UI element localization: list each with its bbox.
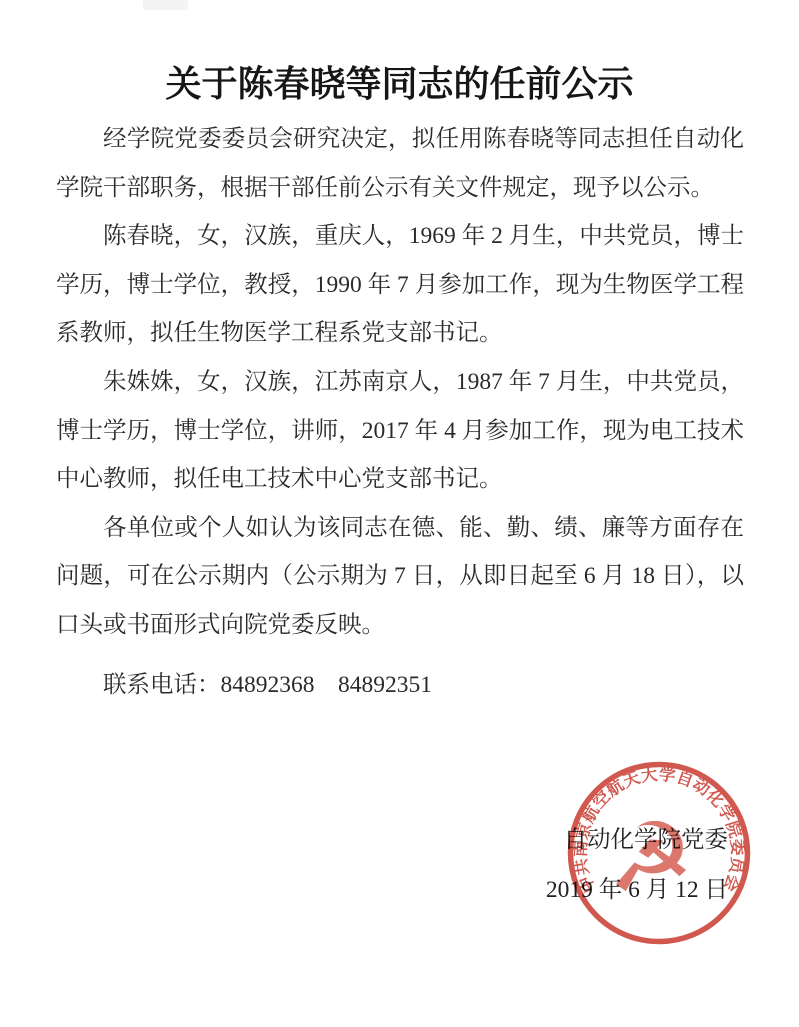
body-paragraph: 经学院党委委员会研究决定，拟任用陈春晓等同志担任自动化学院干部职务，根据干部任前…: [56, 115, 744, 212]
scan-artifact: [143, 0, 188, 10]
document-title: 关于陈春晓等同志的任前公示: [0, 60, 799, 108]
body-paragraph: 陈春晓，女，汉族，重庆人，1969 年 2 月生，中共党员，博士学历，博士学位，…: [56, 212, 744, 358]
official-seal: ☭ 中共南京航空航天大学自动化学院委员会: [557, 751, 761, 955]
contact-phone-line: 联系电话：84892368 84892351: [56, 661, 744, 710]
document-page: 关于陈春晓等同志的任前公示 经学院党委委员会研究决定，拟任用陈春晓等同志担任自动…: [0, 0, 799, 1027]
body-paragraph: 各单位或个人如认为该同志在德、能、勤、绩、廉等方面存在问题，可在公示期内（公示期…: [56, 504, 744, 650]
hammer-sickle-icon: ☭: [608, 802, 694, 914]
body-paragraph: 朱姝姝，女，汉族，江苏南京人，1987 年 7 月生，中共党员，博士学历，博士学…: [56, 358, 744, 504]
document-body: 经学院党委委员会研究决定，拟任用陈春晓等同志担任自动化学院干部职务，根据干部任前…: [56, 115, 744, 709]
